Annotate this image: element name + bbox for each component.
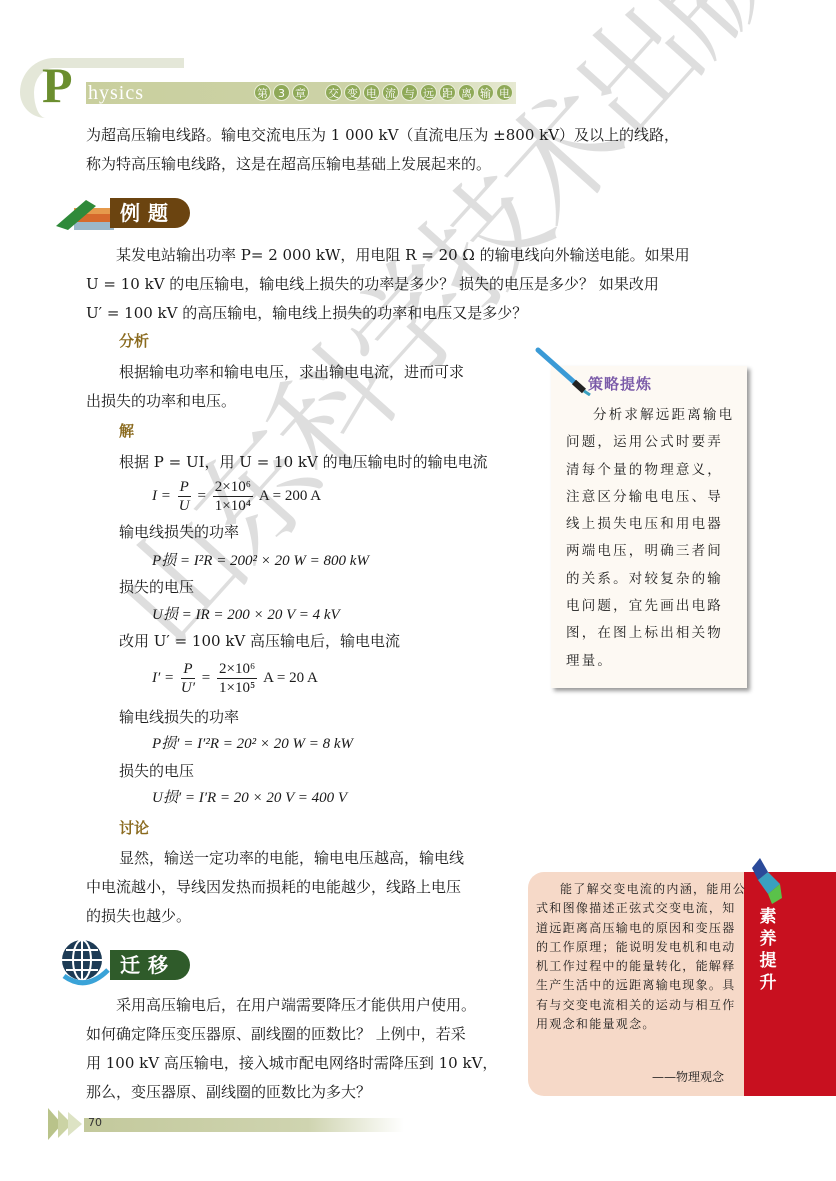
equation-power-loss-2: P损′ = I′²R = 20² × 20 W = 8 kW xyxy=(152,731,353,757)
problem-line-2: U = 10 kV 的电压输电，输电线上损失的功率是多少？ 损失的电压是多少？ … xyxy=(86,270,659,299)
transfer-line-2: 如何确定降压变压器原、副线圈的匝数比？ 上例中，若采 xyxy=(86,1020,466,1049)
intro-line-1: 为超高压输电线路。输电交流电压为 1 000 kV（直流电压为 ±800 kV）… xyxy=(86,121,679,150)
transfer-line-4: 那么，变压器原、副线圈的匝数比为多大？ xyxy=(86,1078,371,1107)
subject-name: hysics xyxy=(88,82,144,104)
cube-icon xyxy=(750,858,784,908)
literacy-vertical-label: 素 养 提 升 xyxy=(757,906,779,994)
discussion-line-1: 显然，输送一定功率的电能，输电电压越高，输电线 xyxy=(119,844,464,873)
voltage-loss-label: 损失的电压 xyxy=(119,573,194,602)
literacy-text: 能了解交变电流的内涵，能用公式和图像描述正弦式交变电流，知道远距离高压输电的原因… xyxy=(536,880,748,1034)
strategy-tip-title: 策略提炼 xyxy=(588,373,652,394)
voltage-loss-label-2: 损失的电压 xyxy=(119,757,194,786)
discussion-line-3: 的损失也越少。 xyxy=(86,902,191,931)
transfer-banner: 迁移 xyxy=(110,950,190,980)
globe-icon xyxy=(58,936,110,988)
solution-intro: 根据 P = UI，用 U = 10 kV 的电压输电时的输电电流 xyxy=(119,448,488,477)
equation-voltage-loss: U损 = IR = 200 × 20 V = 4 kV xyxy=(152,602,340,628)
problem-line-3: U′ = 100 kV 的高压输电，输电线上损失的功率和电压又是多少？ xyxy=(86,299,527,328)
discussion-heading: 讨论 xyxy=(119,817,149,838)
equation-voltage-loss-2: U损′ = I′R = 20 × 20 V = 400 V xyxy=(152,785,347,811)
power-loss-label-2: 输电线损失的功率 xyxy=(119,703,239,732)
equation-current-2: I′ = PU′ = 2×10⁶1×10⁵ A = 20 A xyxy=(152,660,318,697)
problem-line-1: 某发电站输出功率 P= 2 000 kW，用电阻 R = 20 Ω 的输电线向外… xyxy=(86,241,756,270)
discussion-line-2: 中电流越小，导线因发热而损耗的电能越少，线路上电压 xyxy=(86,873,461,902)
transfer-line-1: 采用高压输电后，在用户端需要降压才能供用户使用。 xyxy=(86,991,476,1020)
switch-voltage-line: 改用 U′ = 100 kV 高压输电后，输电电流 xyxy=(119,627,400,656)
transfer-line-3: 用 100 kV 高压输电，接入城市配电网络时需降压到 10 kV， xyxy=(86,1049,497,1078)
strategy-tip-text: 分析求解远距离输电问题，运用公式时要弄清每个量的物理意义，注意区分输电电压、导线… xyxy=(566,402,738,675)
literacy-signature: ——物理观念 xyxy=(652,1068,724,1085)
subject-initial: P xyxy=(42,60,73,110)
pen-icon xyxy=(534,346,594,396)
analysis-line-2: 出损失的功率和电压。 xyxy=(86,387,236,416)
page-arrows-icon xyxy=(48,1108,88,1140)
equation-current-1: I = PU = 2×10⁶1×10⁴ A = 200 A xyxy=(152,478,321,515)
analysis-heading: 分析 xyxy=(119,330,149,351)
chapter-label: 第 3 章 xyxy=(254,84,309,102)
example-banner: 例题 xyxy=(110,198,190,228)
analysis-line-1: 根据输电功率和输电电压，求出输电电流，进而可求 xyxy=(119,358,464,387)
equation-power-loss: P损 = I²R = 200² × 20 W = 800 kW xyxy=(152,548,369,574)
books-icon xyxy=(56,196,114,234)
chapter-title: 交 变 电 流 与 远 距 离 输 电 xyxy=(325,84,513,102)
intro-line-2: 称为特高压输电线路，这是在超高压输电基础上发展起来的。 xyxy=(86,150,491,179)
footer-bar xyxy=(84,1118,404,1132)
page-number: 70 xyxy=(88,1116,102,1129)
solution-heading: 解 xyxy=(119,420,134,441)
power-loss-label: 输电线损失的功率 xyxy=(119,518,239,547)
